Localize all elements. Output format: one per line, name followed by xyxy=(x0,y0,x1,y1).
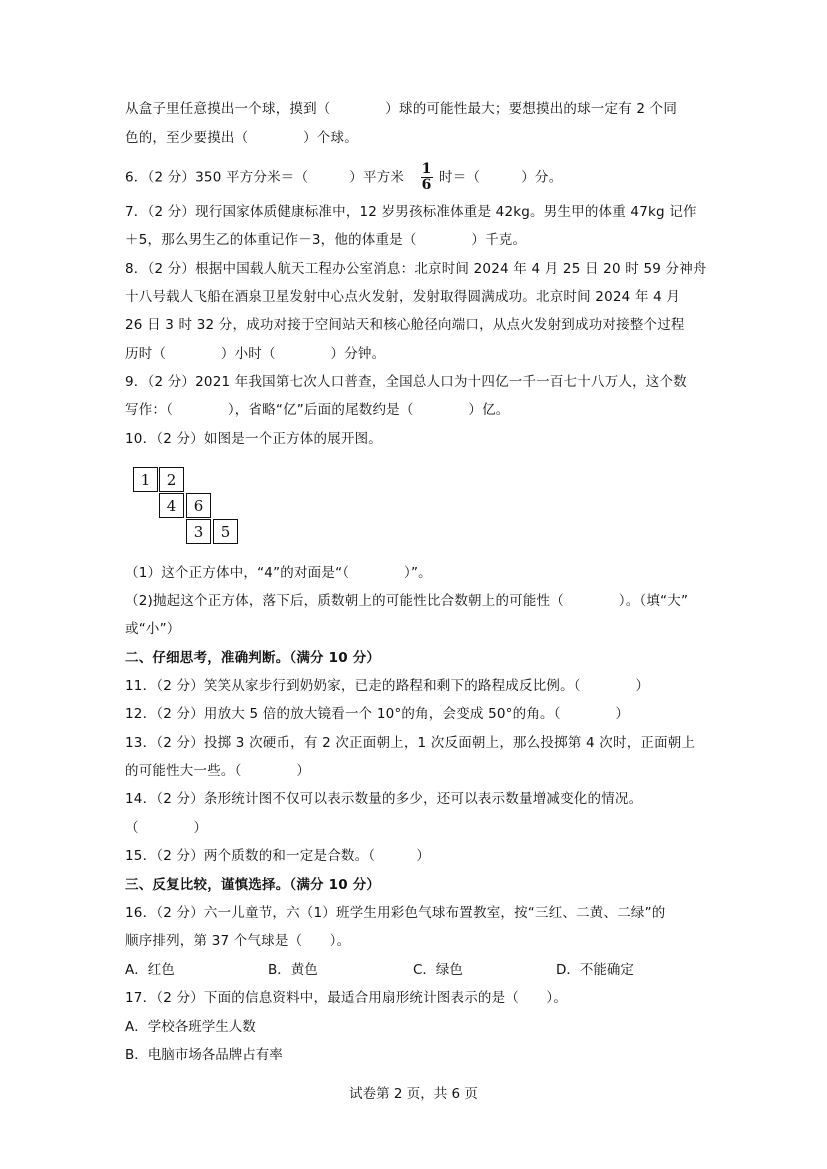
question-17: 17．（2 分）下面的信息资料中，最适合用扇形统计图表示的是（ ）。 xyxy=(125,989,567,1007)
fraction-numerator: 1 xyxy=(421,162,433,178)
question-10-part-2-line-2: 或“小”） xyxy=(125,620,181,638)
question-10-part-2-line-1: （2)抛起这个正方体，落下后，质数朝上的可能性比合数朝上的可能性（ ）。（填“大… xyxy=(125,592,688,610)
question-14-line-1: 14．（2 分）条形统计图不仅可以表示数量的多少，还可以表示数量增减变化的情况。 xyxy=(125,790,642,808)
question-9-line-2: 写作：（ ），省略“亿”后面的尾数约是（ ）亿。 xyxy=(125,401,510,419)
q16-option-a: A．红色 xyxy=(125,961,175,979)
question-16-line-1: 16．（2 分）六一儿童节，六（1）班学生用彩色气球布置教室，按“三红、二黄、二… xyxy=(125,904,665,922)
q5-continuation-line-2: 色的，至少要摸出（ ）个球。 xyxy=(125,129,358,147)
question-16-line-2: 顺序排列，第 37 个气球是（ ）。 xyxy=(125,932,350,950)
question-11: 11．（2 分）笑笑从家步行到奶奶家，已走的路程和剩下的路程成反比例。（ ） xyxy=(125,677,649,695)
cube-face-3: 3 xyxy=(186,519,211,544)
question-7-line-2: ＋5，那么男生乙的体重记作－3，他的体重是（ ）千克。 xyxy=(125,231,526,249)
question-7-line-1: 7．（2 分）现行国家体质健康标准中，12 岁男孩标准体重是 42kg。男生甲的… xyxy=(125,203,697,221)
fraction-one-sixth: 1 6 xyxy=(421,162,433,193)
question-9-line-1: 9．（2 分）2021 年我国第七次人口普查，全国总人口为十四亿一千一百七十八万… xyxy=(125,373,687,391)
fraction-denominator: 6 xyxy=(421,178,433,193)
q6-text-part1: 6．（2 分）350 平方分米＝（ ）平方米 xyxy=(125,170,404,186)
q16-option-c: C．绿色 xyxy=(413,961,463,979)
cube-face-5: 5 xyxy=(213,519,238,544)
question-12: 12．（2 分）用放大 5 倍的放大镜看一个 10°的角，会变成 50°的角。（… xyxy=(125,705,629,723)
q16-option-b: B．黄色 xyxy=(268,961,318,979)
q6-text-part2: 时＝（ ）分。 xyxy=(439,170,562,186)
question-10-part-1: （1）这个正方体中，“4”的对面是“（ ）”。 xyxy=(125,564,432,582)
question-13-line-1: 13．（2 分）投掷 3 次硬币，有 2 次正面朝上，1 次反面朝上，那么投掷第… xyxy=(125,734,695,752)
question-10: 10．（2 分）如图是一个正方体的展开图。 xyxy=(125,430,382,448)
section-3-heading: 三、反复比较，谨慎选择。（满分 10 分） xyxy=(125,876,380,894)
section-2-heading: 二、仔细思考，准确判断。（满分 10 分） xyxy=(125,649,380,667)
question-14-line-2: （ ） xyxy=(125,819,207,837)
cube-face-4: 4 xyxy=(159,493,184,518)
cube-face-6: 6 xyxy=(186,493,211,518)
question-13-line-2: 的可能性大一些。（ ） xyxy=(125,762,310,780)
question-15: 15．（2 分）两个质数的和一定是合数。（ ） xyxy=(125,847,430,865)
cube-net-diagram: 1 2 4 6 3 5 xyxy=(133,467,243,549)
page-footer: 试卷第 2 页，共 6 页 xyxy=(0,1082,827,1102)
q5-continuation-line-1: 从盒子里任意摸出一个球，摸到（ ）球的可能性最大；要想摸出的球一定有 2 个同 xyxy=(125,100,677,118)
cube-face-2: 2 xyxy=(159,467,184,492)
question-6: 6．（2 分）350 平方分米＝（ ）平方米 1 6 时＝（ ）分。 xyxy=(125,162,562,193)
q17-option-b: B．电脑市场各品牌占有率 xyxy=(125,1046,283,1064)
cube-face-1: 1 xyxy=(133,467,158,492)
q17-option-a: A．学校各班学生人数 xyxy=(125,1018,256,1036)
q16-option-d: D．不能确定 xyxy=(556,961,634,979)
question-8-line-1: 8．（2 分）根据中国载人航天工程办公室消息：北京时间 2024 年 4 月 2… xyxy=(125,260,707,278)
question-8-line-2: 十八号载人飞船在酒泉卫星发射中心点火发射，发射取得圆满成功。北京时间 2024 … xyxy=(125,288,680,306)
question-8-line-3: 26 日 3 时 32 分，成功对接于空间站天和核心舱径向端口，从点火发射到成功… xyxy=(125,316,685,334)
question-8-line-4: 历时（ ）小时（ ）分钟。 xyxy=(125,345,385,363)
